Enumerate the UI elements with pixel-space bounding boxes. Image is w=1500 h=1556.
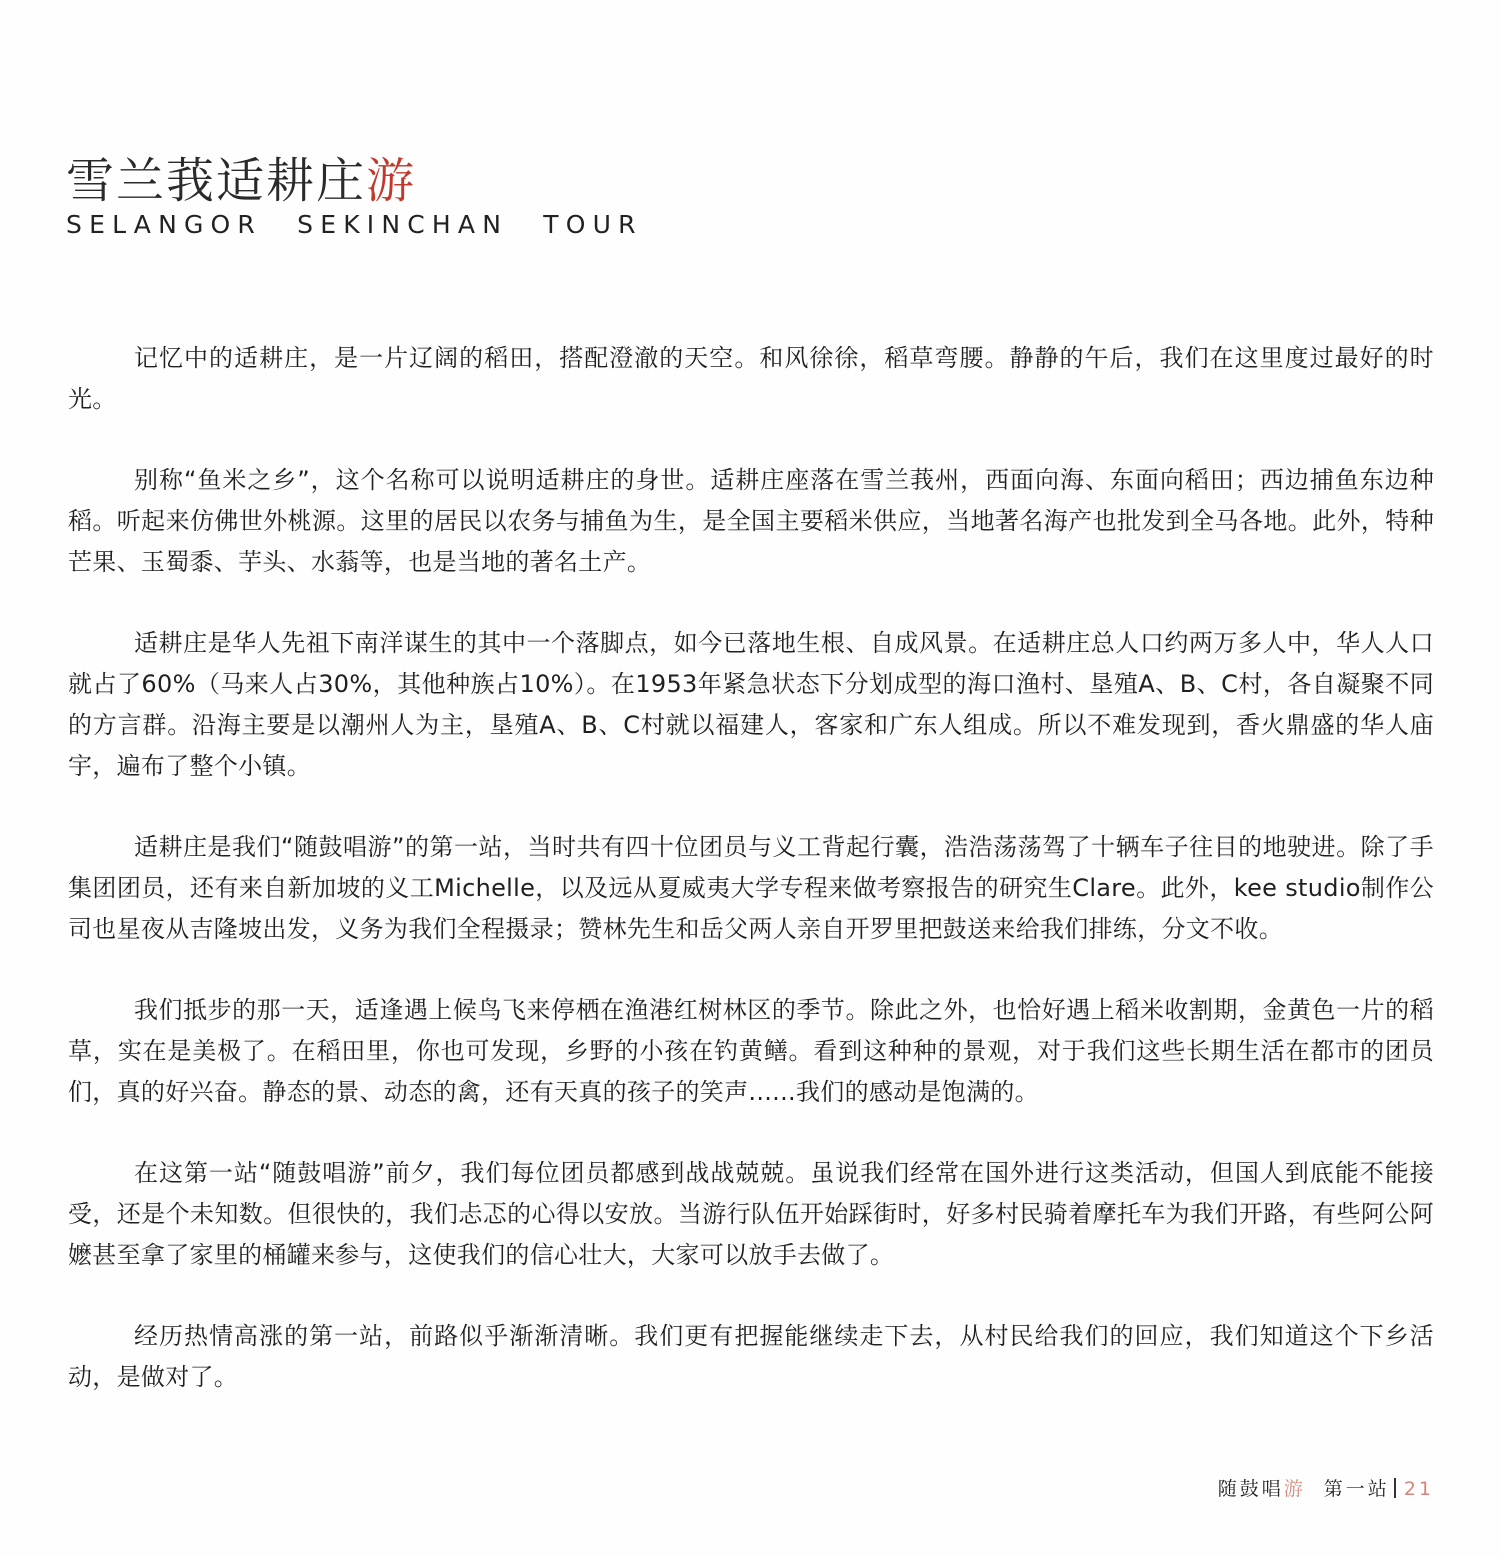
title-main-text: 雪兰莪适耕庄 (66, 153, 366, 209)
paragraph-5: 我们抵步的那一天，适逢遇上候鸟飞来停栖在渔港红树林区的季节。除此之外，也恰好遇上… (68, 990, 1434, 1113)
footer-series-main: 随鼓唱 (1218, 1478, 1284, 1500)
paragraph-1: 记忆中的适耕庄，是一片辽阔的稻田，搭配澄澈的天空。和风徐徐，稻草弯腰。静静的午后… (68, 338, 1434, 420)
footer-series-accent: 游 (1284, 1478, 1306, 1500)
magazine-page: 雪兰莪适耕庄游 SELANGOR SEKINCHAN TOUR 记忆中的适耕庄，… (0, 0, 1500, 1556)
article-title-english: SELANGOR SEKINCHAN TOUR (66, 210, 643, 240)
footer-divider (1394, 1478, 1396, 1498)
page-number: 21 (1404, 1478, 1434, 1500)
footer-section: 第一站 (1324, 1478, 1390, 1500)
page-footer: 随鼓唱游第一站21 (1218, 1476, 1434, 1502)
paragraph-6: 在这第一站“随鼓唱游”前夕，我们每位团员都感到战战兢兢。虽说我们经常在国外进行这… (68, 1153, 1434, 1276)
paragraph-3: 适耕庄是华人先祖下南洋谋生的其中一个落脚点，如今已落地生根、自成风景。在适耕庄总… (68, 623, 1434, 787)
article-body: 记忆中的适耕庄，是一片辽阔的稻田，搭配澄澈的天空。和风徐徐，稻草弯腰。静静的午后… (68, 338, 1434, 1438)
article-title-chinese: 雪兰莪适耕庄游 (66, 152, 643, 210)
paragraph-4: 适耕庄是我们“随鼓唱游”的第一站，当时共有四十位团员与义工背起行囊，浩浩荡荡驾了… (68, 827, 1434, 950)
paragraph-2: 别称“鱼米之乡”，这个名称可以说明适耕庄的身世。适耕庄座落在雪兰莪州，西面向海、… (68, 460, 1434, 583)
title-accent-text: 游 (366, 153, 416, 209)
paragraph-7: 经历热情高涨的第一站，前路似乎渐渐清晰。我们更有把握能继续走下去，从村民给我们的… (68, 1316, 1434, 1398)
article-title-block: 雪兰莪适耕庄游 SELANGOR SEKINCHAN TOUR (66, 152, 643, 240)
